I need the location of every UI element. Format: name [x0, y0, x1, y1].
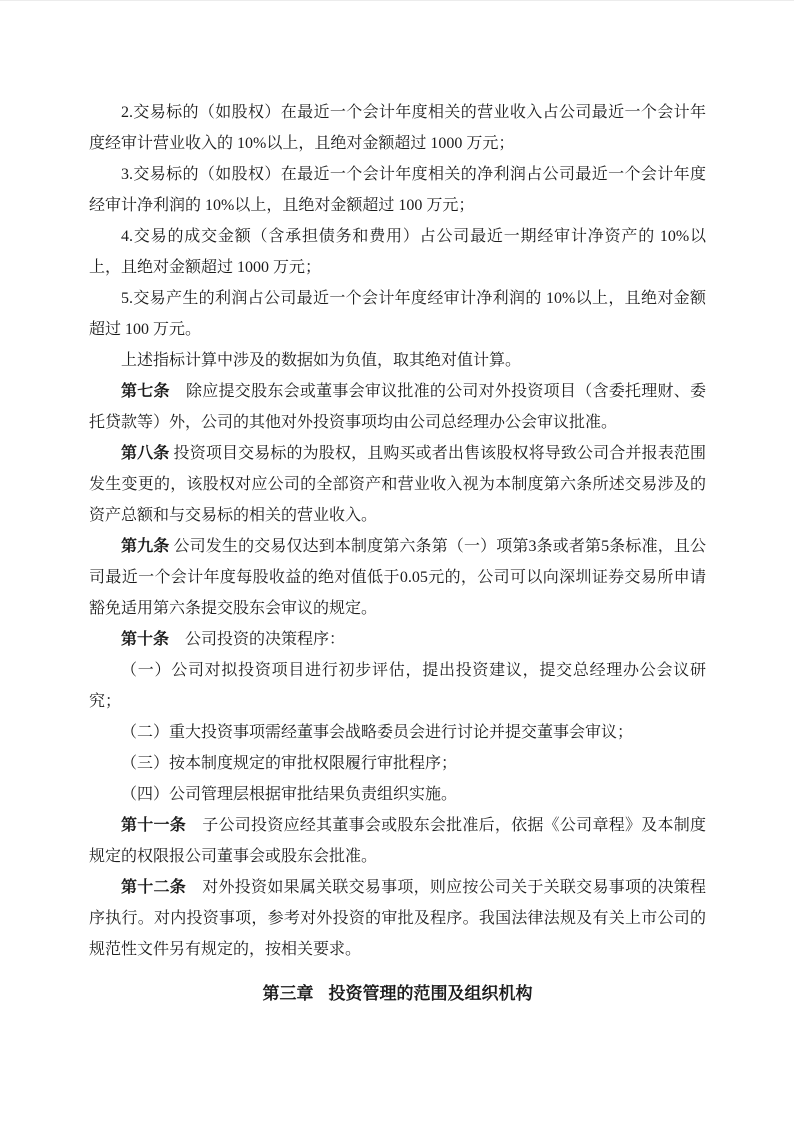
article-7-paragraph: 第七条 除应提交股东会或董事会审议批准的公司对外投资项目（含委托理财、委托贷款等… [89, 376, 706, 438]
clause-item-5: 5.交易产生的利润占公司最近一个会计年度经审计净利润的 10%以上，且绝对金额超… [89, 283, 706, 345]
clause-item-2: 2.交易标的（如股权）在最近一个会计年度相关的营业收入占公司最近一个会计年度经审… [89, 97, 706, 159]
paragraph-text: （一）公司对拟投资项目进行初步评估，提出投资建议，提交总经理办公会议研究； [89, 662, 706, 710]
paragraph-text: 公司投资的决策程序： [169, 631, 345, 648]
clause-item-4: 4.交易的成交金额（含承担债务和费用）占公司最近一期经审计净资产的 10%以上，… [89, 221, 706, 283]
clause-text: 2.交易标的（如股权）在最近一个会计年度相关的营业收入占公司最近一个会计年度经审… [89, 104, 706, 152]
chapter-heading: 第三章投资管理的范围及组织机构 [89, 978, 706, 1009]
article-9-paragraph: 第九条 公司发生的交易仅达到本制度第六条第（一）项第3条或者第5条标准，且公司最… [89, 531, 706, 624]
document-page: 2.交易标的（如股权）在最近一个会计年度相关的营业收入占公司最近一个会计年度经审… [0, 0, 794, 1122]
paragraph-text: （二）重大投资事项需经董事会战略委员会进行讨论并提交董事会审议； [121, 724, 633, 741]
paragraph-text: 上述指标计算中涉及的数据如为负值，取其绝对值计算。 [121, 352, 521, 369]
paragraph-text: 除应提交股东会或董事会审议批准的公司对外投资项目（含委托理财、委托贷款等）外，公… [89, 383, 706, 431]
article-11-number: 第十一条 [121, 817, 186, 834]
paragraph-text: （四）公司管理层根据审批结果负责组织实施。 [121, 786, 457, 803]
article-11-paragraph: 第十一条 子公司投资应经其董事会或股东会批准后，依据《公司章程》及本制度规定的权… [89, 810, 706, 872]
article-7-number: 第七条 [121, 383, 170, 400]
article-12-paragraph: 第十二条 对外投资如果属关联交易事项，则应按公司关于关联交易事项的决策程序执行。… [89, 872, 706, 965]
article-12-number: 第十二条 [121, 879, 186, 896]
clause-text: 5.交易产生的利润占公司最近一个会计年度经审计净利润的 10%以上，且绝对金额超… [89, 290, 706, 338]
article-8-paragraph: 第八条 投资项目交易标的为股权，且购买或者出售该股权将导致公司合并报表范围发生变… [89, 438, 706, 531]
article-10-number: 第十条 [121, 631, 169, 648]
clause-text: 3.交易标的（如股权）在最近一个会计年度相关的净利润占公司最近一个会计年度经审计… [89, 166, 706, 214]
article-8-number: 第八条 [121, 445, 169, 462]
clause-text: 4.交易的成交金额（含承担债务和费用）占公司最近一期经审计净资产的 10%以上，… [89, 228, 706, 276]
procedure-item-1: （一）公司对拟投资项目进行初步评估，提出投资建议，提交总经理办公会议研究； [89, 655, 706, 717]
paragraph-text: 投资项目交易标的为股权，且购买或者出售该股权将导致公司合并报表范围发生变更的，该… [89, 445, 706, 524]
chapter-number: 第三章 [263, 984, 314, 1003]
procedure-item-4: （四）公司管理层根据审批结果负责组织实施。 [89, 779, 706, 810]
clause-item-3: 3.交易标的（如股权）在最近一个会计年度相关的净利润占公司最近一个会计年度经审计… [89, 159, 706, 221]
chapter-title: 投资管理的范围及组织机构 [329, 984, 533, 1003]
procedure-item-2: （二）重大投资事项需经董事会战略委员会进行讨论并提交董事会审议； [89, 717, 706, 748]
note-paragraph: 上述指标计算中涉及的数据如为负值，取其绝对值计算。 [89, 345, 706, 376]
paragraph-text: （三）按本制度规定的审批权限履行审批程序； [121, 755, 457, 772]
paragraph-text: 公司发生的交易仅达到本制度第六条第（一）项第3条或者第5条标准，且公司最近一个会… [89, 538, 706, 617]
article-10-paragraph: 第十条 公司投资的决策程序： [89, 624, 706, 655]
procedure-item-3: （三）按本制度规定的审批权限履行审批程序； [89, 748, 706, 779]
article-9-number: 第九条 [121, 538, 169, 555]
